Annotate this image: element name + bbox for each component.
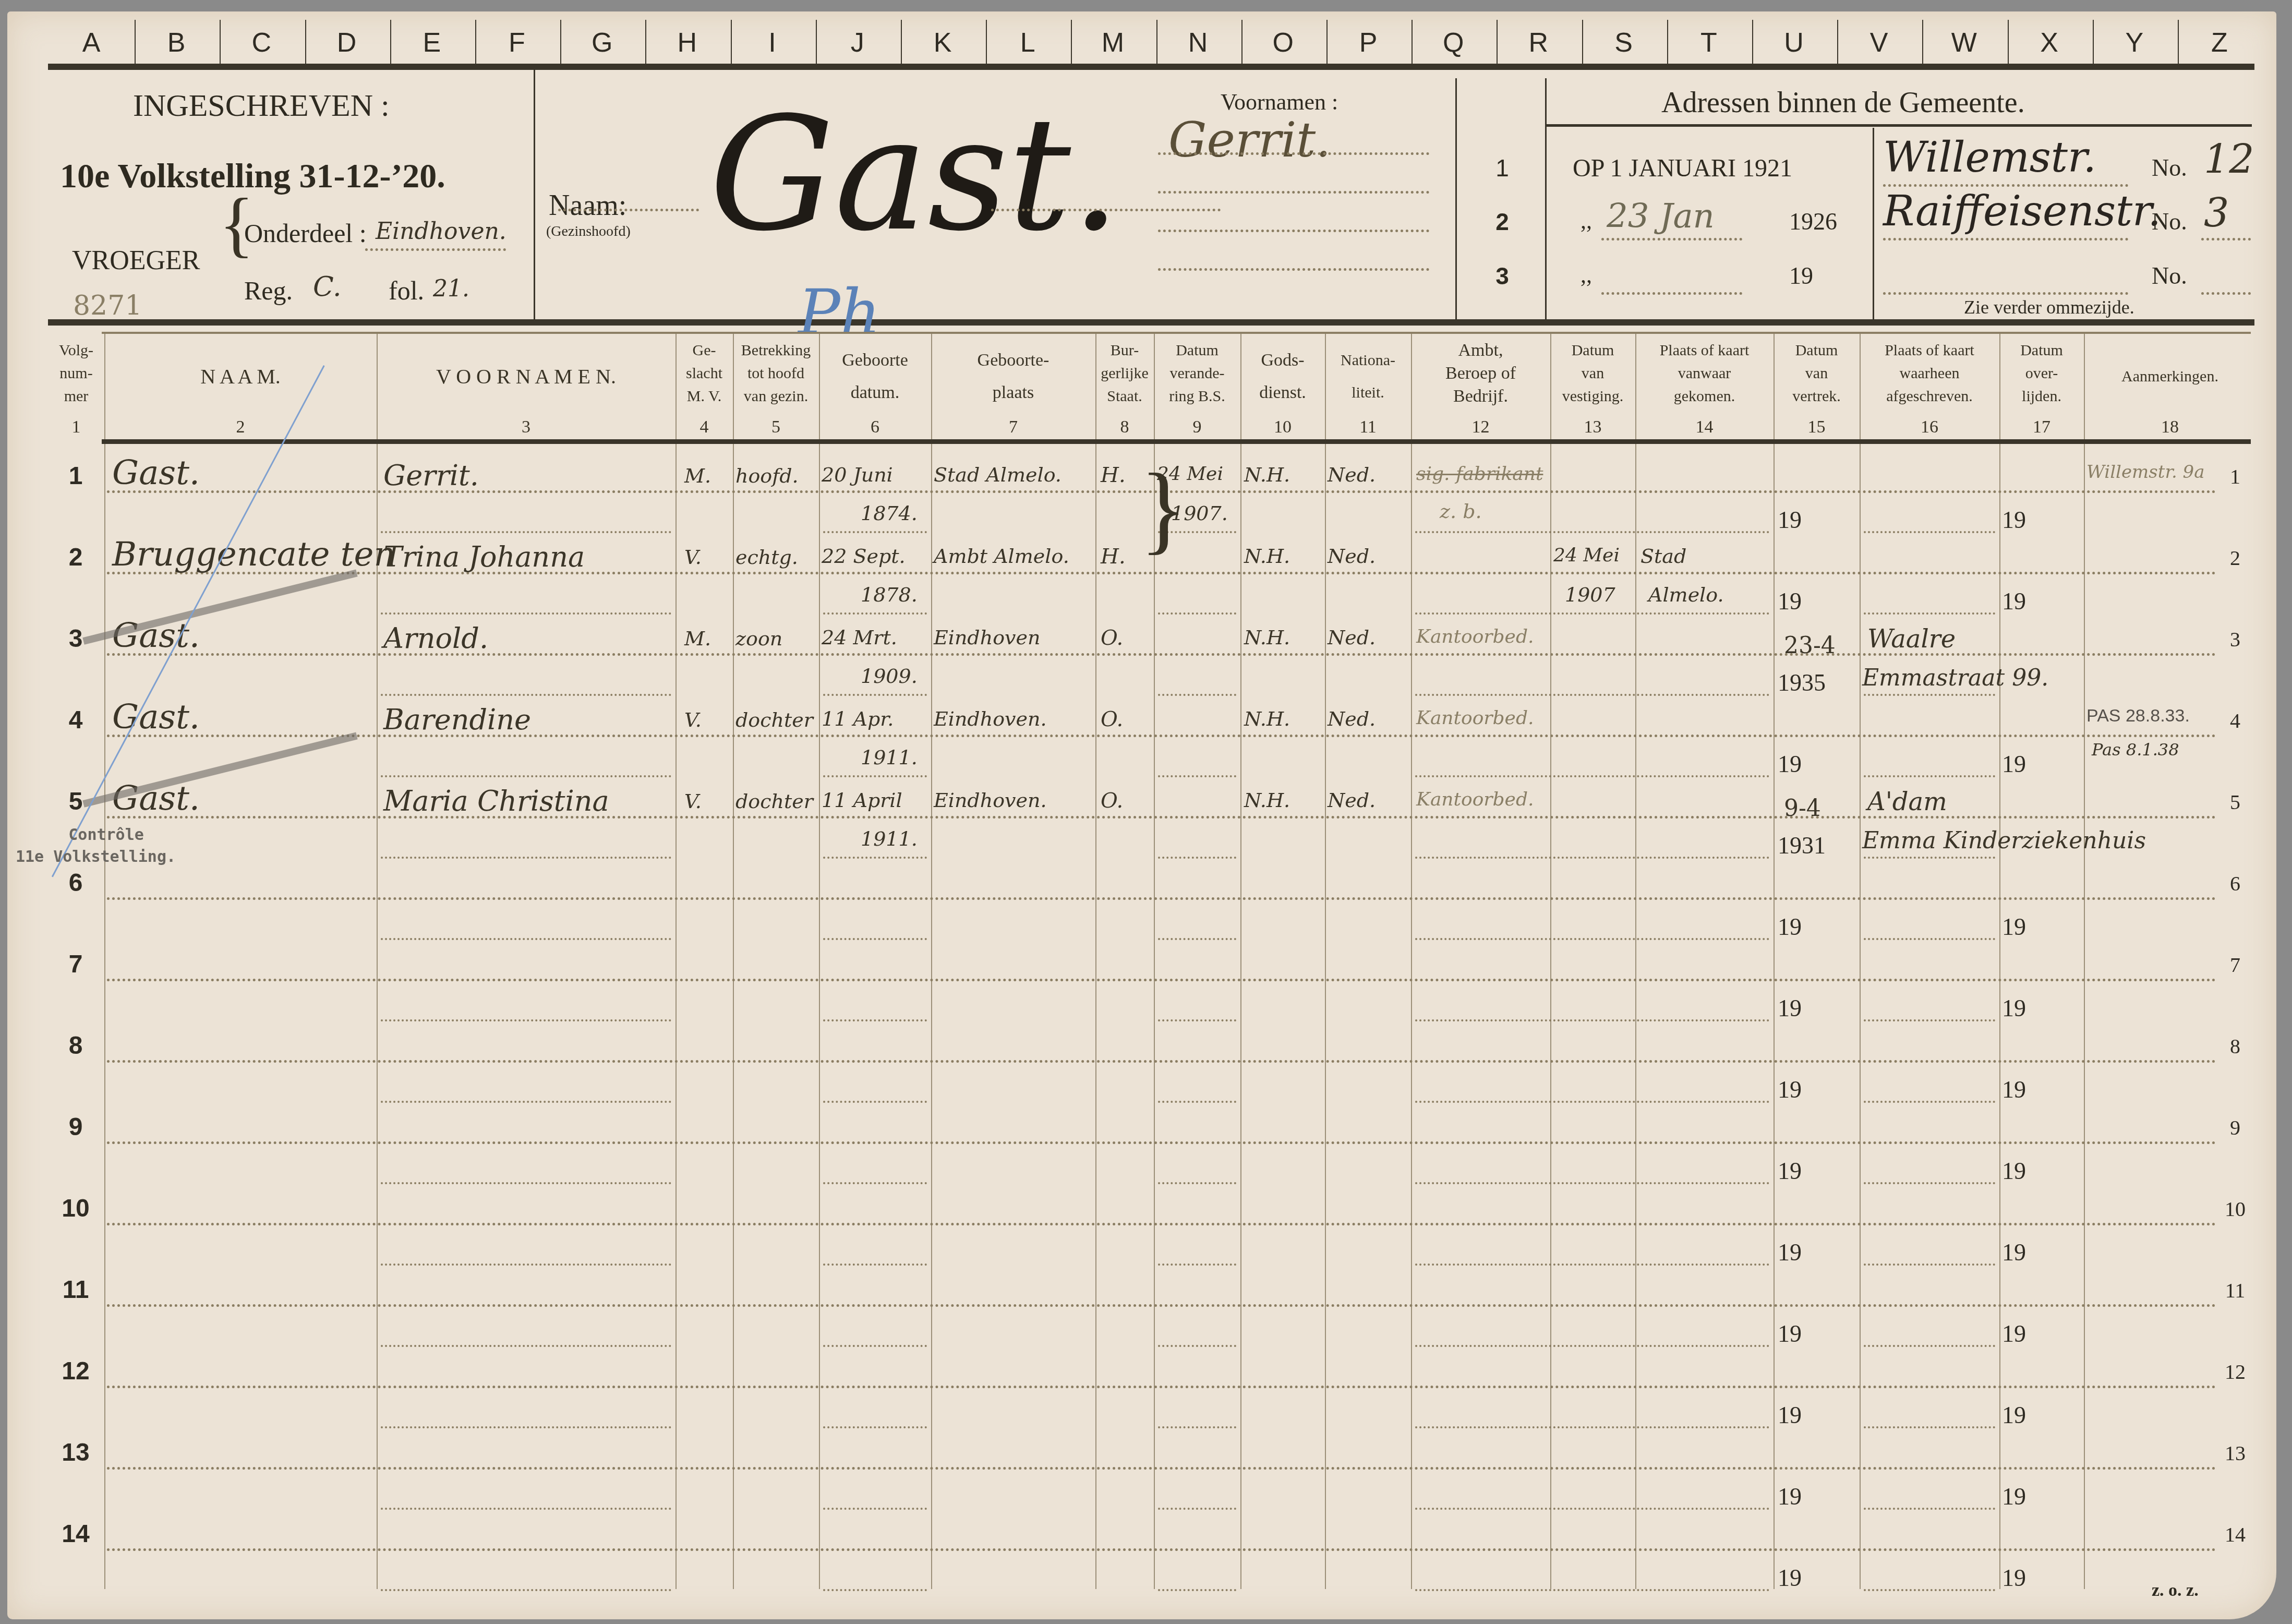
row-number-right: 2: [2219, 546, 2251, 570]
letter-tab-i: I: [731, 27, 814, 58]
divider: [1497, 20, 1498, 65]
cell-geb-plaats: Eindhoven.: [934, 707, 1047, 730]
row-half-line: [823, 612, 927, 615]
column-number: 13: [1550, 417, 1635, 437]
address-no-value: 3: [2204, 189, 2229, 236]
divider: [475, 20, 476, 65]
column-divider: [104, 334, 105, 439]
column-header-1: Volg- num- mer: [48, 339, 104, 408]
column-divider: [2084, 444, 2085, 1589]
dotted-line: [1883, 238, 2128, 240]
row-line: [107, 1060, 2217, 1063]
reg-label: Reg.: [244, 275, 293, 306]
zoz-note: z. o. z.: [2152, 1581, 2199, 1601]
column-divider: [1635, 444, 1636, 1589]
row-half-line: [1158, 1101, 1236, 1103]
cell-betrekking: dochter: [735, 708, 813, 731]
cell-nationaliteit: Ned.: [1328, 789, 1376, 812]
row-line: [107, 1223, 2217, 1225]
column-header-10: Gods- dienst.: [1240, 344, 1325, 409]
column-header-11: Nationa- liteit.: [1325, 344, 1411, 409]
column-divider: [377, 334, 378, 439]
address-row-number: 3: [1461, 262, 1544, 290]
year-prefix-departure: 19: [1778, 1076, 1802, 1103]
row-half-line: [1864, 938, 1995, 940]
letter-tab-k: K: [901, 27, 984, 58]
column-divider: [2084, 334, 2085, 439]
column-header-8: Bur- gerlijke Staat.: [1095, 339, 1154, 408]
divider-header: [48, 319, 2254, 326]
dotted-line: [365, 248, 506, 251]
address-street: Willemstr.: [1883, 133, 2096, 182]
letter-tab-p: P: [1326, 27, 1410, 58]
letter-tab-h: H: [645, 27, 729, 58]
cell-godsdienst: N.H.: [1244, 545, 1290, 568]
cell-voornamen: Gerrit.: [383, 459, 479, 492]
divider: [1241, 20, 1242, 65]
column-divider: [675, 444, 677, 1589]
cell-geb-datum: 11 Apr.: [822, 707, 894, 730]
row-half-line: [1158, 857, 1236, 859]
year-prefix-departure: 19: [1778, 1401, 1802, 1429]
column-divider: [1154, 444, 1155, 1589]
naam-sublabel: (Gezinshoofd): [546, 223, 631, 240]
letter-tab-c: C: [220, 27, 303, 58]
divider: [220, 20, 221, 65]
row-half-line: [823, 1589, 927, 1591]
cell-geb-jaar: 1878.: [861, 583, 918, 606]
column-number: 7: [931, 417, 1095, 437]
column-header-18: Aanmerkingen.: [2084, 365, 2256, 388]
column-divider: [1411, 444, 1412, 1589]
column-header-16: Plaats of kaart waarheen afgeschreven.: [1860, 339, 1999, 408]
row-half-line: [1864, 1101, 1995, 1103]
row-half-line: [1415, 1426, 1769, 1428]
row-half-line: [1864, 775, 1995, 777]
cell-vertrek-year: 19: [1778, 506, 1802, 534]
cell-vertrek-year: 1931: [1778, 832, 1826, 859]
cell-voornamen: Barendine: [383, 703, 531, 736]
column-divider: [1154, 334, 1155, 439]
row-line: [107, 979, 2217, 981]
column-header-3: V O O R N A M E N.: [377, 365, 675, 388]
cell-betrekking: zoon: [735, 627, 782, 650]
cell-voornamen: Trina Johanna: [383, 540, 585, 573]
cell-overlijden-year: 19: [2002, 750, 2026, 778]
letter-tab-b: B: [135, 27, 218, 58]
row-half-line: [381, 612, 671, 615]
cell-vertrek-year: 19: [1778, 750, 1802, 778]
row-half-line: [1415, 1101, 1769, 1103]
letter-tab-f: F: [475, 27, 559, 58]
divider: [2093, 20, 2094, 65]
cell-overlijden-year: 19: [2002, 587, 2026, 615]
row-number-left: 6: [57, 869, 94, 897]
row-half-line: [1864, 1508, 1995, 1510]
row-half-line: [1158, 612, 1236, 615]
cell-aanmerkingen: Willemstr. 9a: [2086, 462, 2204, 483]
divider: [135, 20, 136, 65]
column-divider: [1774, 334, 1775, 439]
column-divider: [1411, 334, 1412, 439]
address-row-number: 1: [1461, 154, 1544, 182]
cell-datum-vestiging: 24 Mei: [1553, 545, 1620, 566]
row-half-line: [1158, 1182, 1236, 1184]
column-number: 12: [1411, 417, 1550, 437]
cell-plaats-vanwaar: Stad: [1640, 545, 1686, 568]
row-half-line: [381, 1264, 671, 1266]
column-header-4: Ge- slacht M. V.: [675, 339, 733, 408]
letter-tab-u: U: [1752, 27, 1836, 58]
row-half-line: [823, 1182, 927, 1184]
column-number: 1: [48, 417, 104, 437]
column-number: 2: [104, 417, 377, 437]
letter-tab-s: S: [1582, 27, 1666, 58]
row-half-line: [381, 1589, 671, 1591]
column-divider: [733, 334, 734, 439]
row-half-line: [381, 694, 671, 696]
row-half-line: [823, 1101, 927, 1103]
row-number-right: 12: [2219, 1360, 2251, 1384]
naam-label: Naam:: [549, 189, 626, 222]
divider: [560, 20, 561, 65]
column-number: 6: [819, 417, 931, 437]
row-line: [107, 1304, 2217, 1307]
column-divider: [1325, 334, 1326, 439]
divider-columns: [102, 439, 2251, 444]
letter-tab-t: T: [1667, 27, 1751, 58]
row-half-line: [1864, 1264, 1995, 1266]
column-header-7: Geboorte- plaats: [931, 344, 1095, 409]
cell-nationaliteit: Ned.: [1328, 545, 1376, 568]
divider: [1326, 20, 1328, 65]
row-half-line: [1864, 857, 1995, 859]
cell-datum-vertrek: 23-4: [1784, 632, 1836, 659]
column-header-17: Datum over- lijden.: [1999, 339, 2084, 408]
divider: [731, 20, 732, 65]
cell-betrekking: echtg.: [735, 546, 798, 569]
addresses-title: Adressen binnen de Gemeente.: [1661, 86, 2025, 119]
column-divider: [819, 444, 820, 1589]
address-date-value: 23 Jan: [1607, 197, 1715, 236]
column-number: 10: [1240, 417, 1325, 437]
cell-plaats-waarheen: Waalre: [1867, 624, 1956, 654]
row-half-line: [381, 938, 671, 940]
cell-betrekking: hoofd.: [735, 464, 799, 487]
address-no-label: No.: [2152, 262, 2187, 290]
row-line: [107, 897, 2217, 900]
column-number: 3: [377, 417, 675, 437]
letter-tab-x: X: [2008, 27, 2091, 58]
row-half-line: [1415, 1019, 1769, 1021]
divider: [102, 332, 2251, 334]
row-number-right: 5: [2219, 790, 2251, 814]
voornamen-label: Voornamen :: [1221, 89, 1338, 115]
row-half-line: [1415, 938, 1769, 940]
column-divider: [819, 334, 820, 439]
cell-plaats-waarheen: A'dam: [1867, 787, 1947, 816]
row-number-left: 13: [57, 1438, 94, 1467]
fol-label: fol.: [389, 275, 424, 306]
cell-geslacht: V.: [684, 790, 702, 813]
letter-tab-n: N: [1156, 27, 1240, 58]
row-number-right: 10: [2219, 1197, 2251, 1221]
cell-plaats-vanwaar-2: Almelo.: [1648, 583, 1724, 606]
vroeger-label: VROEGER: [72, 245, 200, 276]
cell-godsdienst: N.H.: [1244, 789, 1290, 812]
cell-nationaliteit: Ned.: [1328, 707, 1376, 730]
divider: [1922, 20, 1923, 65]
dotted-line: [1601, 292, 1742, 295]
divider: [1667, 20, 1668, 65]
row-half-line: [1158, 1589, 1236, 1591]
cell-godsdienst: N.H.: [1244, 707, 1290, 730]
row-half-line: [1864, 1589, 1995, 1591]
row-half-line: [1864, 612, 1995, 615]
cell-overlijden-year: 19: [2002, 506, 2026, 534]
row-line: [107, 1548, 2217, 1551]
column-divider: [1550, 334, 1551, 439]
column-divider: [1095, 444, 1096, 1589]
cell-burg-staat: O.: [1101, 789, 1123, 813]
dotted-line: [2201, 292, 2251, 295]
cell-vertrek-year: 1935: [1778, 669, 1826, 696]
cell-geb-jaar: 1911.: [861, 827, 918, 850]
dotted-line: [1601, 238, 1742, 240]
row-number-left: 10: [57, 1194, 94, 1223]
cell-voornamen: Arnold.: [383, 622, 488, 655]
cell-geslacht: M.: [684, 627, 711, 650]
cell-geb-datum: 20 Juni: [822, 463, 893, 486]
row-half-line: [1415, 857, 1769, 859]
cell-geb-datum: 11 April: [822, 789, 902, 812]
letter-tab-w: W: [1922, 27, 2006, 58]
column-divider: [931, 444, 932, 1589]
cell-beroep: Kantoorbed.: [1416, 789, 1534, 810]
column-number: 16: [1860, 417, 1999, 437]
year-prefix-departure: 19: [1778, 913, 1802, 941]
brace-bracket: }: [1140, 459, 1187, 558]
year-prefix-departure: 19: [1778, 1564, 1802, 1592]
column-divider: [1240, 444, 1241, 1589]
cell-geb-jaar: 1909.: [861, 665, 918, 688]
cell-geslacht: V.: [684, 546, 702, 569]
divider: [1873, 128, 1874, 323]
row-half-line: [381, 1019, 671, 1021]
address-date-label: ,,: [1581, 208, 1592, 234]
letter-tab-o: O: [1241, 27, 1325, 58]
row-number-right: 1: [2219, 464, 2251, 489]
fol-value: 21.: [433, 275, 469, 302]
row-number-left: 12: [57, 1357, 94, 1386]
row-half-line: [823, 1508, 927, 1510]
column-divider: [1860, 444, 1861, 1589]
column-divider: [1550, 444, 1551, 1589]
year-prefix-death: 19: [2002, 1320, 2026, 1348]
column-divider: [1999, 444, 2000, 1589]
column-divider: [1860, 334, 1861, 439]
cell-burg-staat: H.: [1101, 463, 1126, 487]
cell-beroep: Kantoorbed.: [1416, 626, 1534, 647]
address-year: 1926: [1789, 208, 1837, 235]
cell-geb-plaats: Ambt Almelo.: [934, 545, 1069, 568]
cell-geb-datum: 24 Mrt.: [822, 626, 897, 649]
ingeschreven-label: INGESCHREVEN :: [133, 88, 390, 124]
onderdeel-label: Onderdeel :: [244, 218, 367, 248]
row-half-line: [1864, 1426, 1995, 1428]
column-divider: [1635, 334, 1636, 439]
cell-plaats-waarheen-2: Emma Kinderziekenhuis: [1862, 827, 2146, 854]
cell-aanmerkingen: PAS 28.8.33.: [2086, 706, 2190, 726]
divider: [1071, 20, 1072, 65]
letter-tab-v: V: [1837, 27, 1921, 58]
row-half-line: [1158, 1264, 1236, 1266]
reg-value: C.: [313, 271, 341, 303]
dotted-line: [991, 209, 1221, 211]
column-divider: [931, 334, 932, 439]
cell-nationaliteit: Ned.: [1328, 463, 1376, 486]
column-divider: [104, 444, 105, 1589]
column-divider: [377, 444, 378, 1589]
column-divider: [1999, 334, 2000, 439]
row-half-line: [1158, 775, 1236, 777]
divider: [1752, 20, 1753, 65]
column-header-13: Datum van vestiging.: [1550, 339, 1635, 408]
onderdeel-value: Eindhoven.: [376, 218, 506, 245]
divider: [1545, 124, 2252, 127]
letter-tab-a: A: [50, 27, 133, 58]
cell-godsdienst: N.H.: [1244, 463, 1290, 486]
row-half-line: [1415, 1264, 1769, 1266]
stamp-line-2: 11e Volkstelling.: [16, 846, 176, 868]
cell-geb-jaar: 1874.: [861, 502, 918, 525]
divider-top: [48, 64, 2254, 70]
row-half-line: [1864, 1019, 1995, 1021]
column-header-5: Betrekking tot hoofd van gezin.: [733, 339, 819, 408]
divider: [1156, 20, 1157, 65]
stamp-line-1: Contrôle: [37, 824, 176, 846]
dotted-line: [1158, 152, 1429, 155]
row-half-line: [823, 1019, 927, 1021]
cell-godsdienst: N.H.: [1244, 626, 1290, 649]
cell-plaats-waarheen-2: Emmastraat 99.: [1862, 665, 2048, 691]
cell-naam: Bruggencate ten: [112, 535, 395, 574]
column-divider: [733, 444, 734, 1589]
year-prefix-death: 19: [2002, 994, 2026, 1022]
address-date-label: OP 1 JANUARI 1921: [1573, 154, 1792, 183]
dotted-line: [2201, 238, 2251, 240]
divider: [1412, 20, 1413, 65]
row-line: [107, 1386, 2217, 1388]
row-half-line: [1158, 1019, 1236, 1021]
cell-geb-plaats: Eindhoven: [934, 626, 1040, 649]
year-prefix-death: 19: [2002, 1401, 2026, 1429]
row-half-line: [1415, 1345, 1769, 1347]
row-half-line: [823, 531, 927, 533]
year-prefix-departure: 19: [1778, 1157, 1802, 1185]
cell-geb-datum: 22 Sept.: [822, 545, 906, 568]
row-number-left: 4: [57, 706, 94, 735]
year-prefix-death: 19: [2002, 1076, 2026, 1103]
address-no-label: No.: [2152, 154, 2187, 182]
row-half-line: [381, 857, 671, 859]
column-number: 14: [1635, 417, 1774, 437]
cell-geb-plaats: Eindhoven.: [934, 789, 1047, 812]
row-number-left: 11: [57, 1276, 94, 1304]
row-number-right: 4: [2219, 708, 2251, 733]
row-half-line: [1864, 1182, 1995, 1184]
voornamen-head-value: Gerrit.: [1168, 112, 1331, 168]
column-number: 18: [2084, 417, 2256, 437]
row-half-line: [381, 531, 671, 533]
letter-tab-z: Z: [2178, 27, 2261, 58]
address-date-label: ,,: [1581, 262, 1592, 288]
column-divider: [1095, 334, 1096, 439]
row-half-line: [1415, 1182, 1769, 1184]
cell-betrekking: dochter: [735, 790, 813, 813]
column-header-15: Datum van vertrek.: [1774, 339, 1860, 408]
row-half-line: [823, 1264, 927, 1266]
divider: [1455, 78, 1457, 323]
dotted-line: [1158, 268, 1429, 271]
year-prefix-departure: 19: [1778, 1483, 1802, 1510]
column-number: 15: [1774, 417, 1860, 437]
year-prefix-departure: 19: [1778, 1238, 1802, 1266]
row-half-line: [1158, 1508, 1236, 1510]
row-number-left: 2: [57, 543, 94, 572]
letter-tab-r: R: [1497, 27, 1580, 58]
letter-tab-y: Y: [2093, 27, 2176, 58]
row-half-line: [1415, 531, 1769, 533]
row-line: [107, 1467, 2217, 1470]
blue-initials: Ph: [798, 282, 880, 344]
control-stamp: Contrôle 11e Volkstelling.: [37, 824, 176, 868]
row-half-line: [1158, 1345, 1236, 1347]
row-number-right: 6: [2219, 871, 2251, 896]
letter-tab-g: G: [560, 27, 644, 58]
cell-nationaliteit: Ned.: [1328, 626, 1376, 649]
row-half-line: [1158, 694, 1236, 696]
divider: [1545, 78, 1547, 323]
column-header-6: Geboorte datum.: [819, 344, 931, 409]
address-street: Raiffeisenstr.: [1883, 187, 2161, 235]
cell-geslacht: M.: [684, 464, 711, 487]
column-number: 17: [1999, 417, 2084, 437]
row-half-line: [381, 1182, 671, 1184]
cell-naam: Gast.: [112, 698, 200, 737]
row-number-left: 14: [57, 1520, 94, 1548]
letter-tab-d: D: [305, 27, 389, 58]
year-prefix-departure: 19: [1778, 1320, 1802, 1348]
divider: [390, 20, 391, 65]
address-year: 19: [1789, 262, 1813, 290]
divider: [2178, 20, 2179, 65]
row-half-line: [823, 1426, 927, 1428]
divider: [645, 20, 646, 65]
row-number-left: 8: [57, 1031, 94, 1060]
dotted-line: [1883, 292, 2128, 295]
row-half-line: [1415, 775, 1769, 777]
divider: [305, 20, 306, 65]
cell-burg-staat: H.: [1101, 545, 1126, 569]
row-number-left: 9: [57, 1113, 94, 1141]
row-half-line: [381, 1426, 671, 1428]
year-prefix-death: 19: [2002, 1564, 2026, 1592]
cell-beroep-2: z. b.: [1440, 500, 1482, 523]
row-half-line: [1415, 1589, 1769, 1591]
divider: [1837, 20, 1838, 65]
cell-vertrek-year: 19: [1778, 587, 1802, 615]
